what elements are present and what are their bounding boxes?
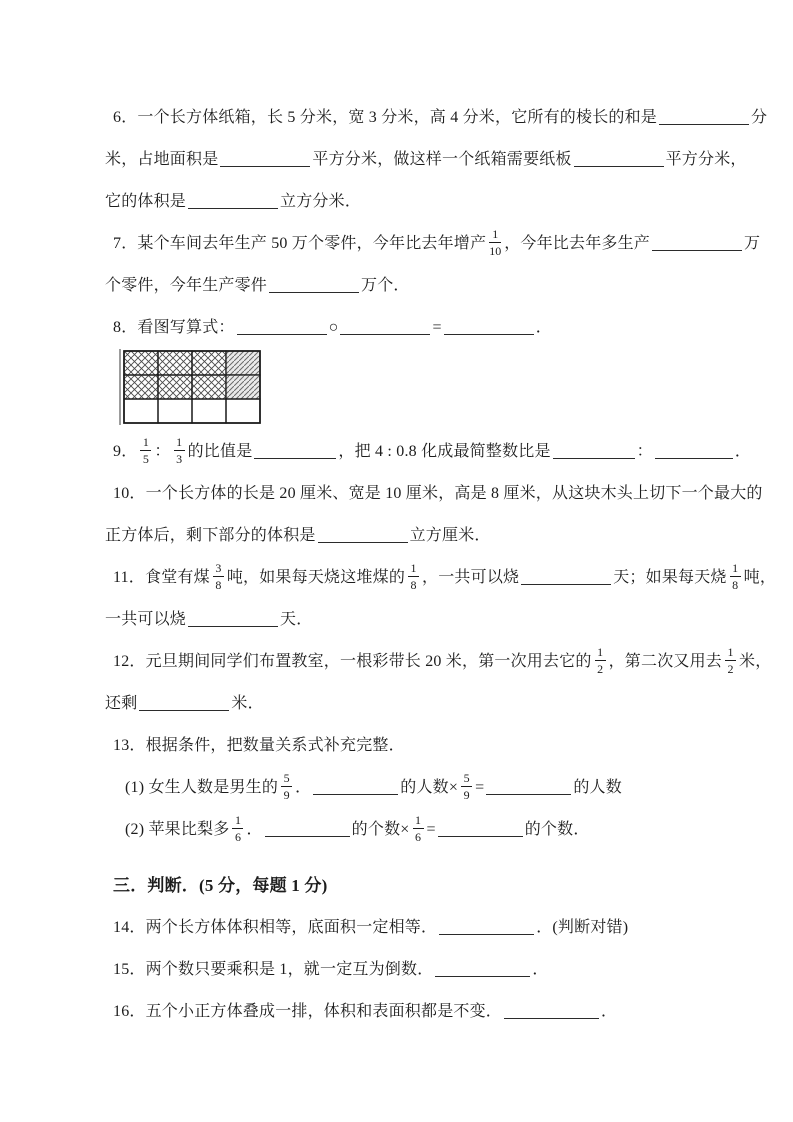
fraction-numerator: 1 bbox=[415, 814, 421, 826]
question-11-line-1: 11．食堂有煤38吨，如果每天烧这堆煤的18，一共可以烧天；如果每天烧18吨， bbox=[105, 557, 723, 599]
text-run: 吨， bbox=[744, 569, 776, 586]
fraction-bar bbox=[595, 660, 606, 661]
text-run: 的比值是 bbox=[188, 443, 253, 460]
text-run: ． bbox=[601, 1003, 617, 1020]
text-run: 正方体后，剩下部分的体积是 bbox=[105, 527, 316, 544]
blank-line bbox=[438, 822, 523, 837]
section-3-heading: 三．判断．(5 分，每题 1 分) bbox=[105, 865, 723, 907]
text-run: 的人数× bbox=[400, 779, 458, 796]
fraction: 18 bbox=[730, 562, 741, 591]
fraction-bar bbox=[413, 828, 424, 829]
text-run: 的人数 bbox=[573, 779, 622, 796]
blank-line bbox=[254, 444, 336, 459]
fraction: 16 bbox=[413, 814, 424, 843]
blank-line bbox=[435, 962, 530, 977]
blank-line bbox=[237, 320, 327, 335]
question-6: 6．一个长方体纸箱，长 5 分米，宽 3 分米，高 4 分米，它所有的棱长的和是… bbox=[105, 97, 723, 223]
question-13-line-2: (1) 女生人数是男生的59．的人数×59=的人数 bbox=[105, 767, 723, 809]
question-13: 13．根据条件，把数量关系式补充完整．(1) 女生人数是男生的59．的人数×59… bbox=[105, 725, 723, 851]
text-run: ． bbox=[735, 443, 751, 460]
text-run: ． bbox=[532, 961, 548, 978]
fraction-numerator: 1 bbox=[732, 562, 738, 574]
text-run: 12．元旦期间同学们布置教室，一根彩带长 20 米，第一次用去它的 bbox=[113, 653, 592, 670]
question-6-line-2: 米，占地面积是平方分米，做这样一个纸箱需要纸板平方分米， bbox=[105, 139, 723, 181]
fraction-denominator: 2 bbox=[728, 663, 734, 675]
text-run: ． bbox=[295, 779, 311, 796]
fraction-numerator: 1 bbox=[597, 646, 603, 658]
fraction-denominator: 6 bbox=[235, 831, 241, 843]
fraction-numerator: 1 bbox=[143, 436, 149, 448]
text-run: ． bbox=[246, 821, 262, 838]
grid-cell bbox=[226, 351, 260, 375]
question-14-line-1: 14．两个长方体体积相等，底面积一定相等．．(判断对错) bbox=[105, 907, 723, 949]
fraction-denominator: 3 bbox=[176, 453, 182, 465]
text-run: 立方厘米． bbox=[410, 527, 491, 544]
fraction: 59 bbox=[461, 772, 472, 801]
text-run: 7．某个车间去年生产 50 万个零件，今年比去年增产 bbox=[113, 235, 486, 252]
fraction-denominator: 9 bbox=[464, 789, 470, 801]
blank-line bbox=[486, 780, 571, 795]
question-15-line-1: 15．两个数只要乘积是 1，就一定互为倒数．． bbox=[105, 949, 723, 991]
question-7-line-1: 7．某个车间去年生产 50 万个零件，今年比去年增产110，今年比去年多生产万 bbox=[105, 223, 723, 265]
question-9-line-1: 9．15：13的比值是，把 4 : 0.8 化成最简整数比是：． bbox=[105, 431, 723, 473]
grid-cell bbox=[192, 399, 226, 423]
blank-line bbox=[504, 1004, 599, 1019]
fraction: 15 bbox=[140, 436, 151, 465]
question-10-line-1: 10．一个长方体的长是 20 厘米、宽是 10 厘米，高是 8 厘米，从这块木头… bbox=[105, 473, 723, 515]
fraction: 16 bbox=[232, 814, 243, 843]
blank-line bbox=[521, 570, 611, 585]
fraction-denominator: 10 bbox=[489, 245, 501, 257]
fraction-numerator: 3 bbox=[215, 562, 221, 574]
text-run: ，把 4 : 0.8 化成最简整数比是 bbox=[338, 443, 550, 460]
text-run: 的个数． bbox=[525, 821, 590, 838]
text-run: 14．两个长方体体积相等，底面积一定相等． bbox=[113, 919, 437, 936]
fraction-bar bbox=[140, 450, 151, 451]
question-7-line-2: 个零件，今年生产零件万个． bbox=[105, 265, 723, 307]
grid-cell bbox=[226, 375, 260, 399]
blank-line bbox=[269, 278, 359, 293]
blank-line bbox=[574, 152, 664, 167]
blank-line bbox=[655, 444, 733, 459]
fraction-denominator: 8 bbox=[732, 579, 738, 591]
grid-cell bbox=[158, 351, 192, 375]
question-15: 15．两个数只要乘积是 1，就一定互为倒数．． bbox=[105, 949, 723, 991]
text-run: 立方分米． bbox=[280, 193, 361, 210]
text-run: 8．看图写算式： bbox=[113, 319, 235, 336]
text-run: 16．五个小正方体叠成一排，体积和表面积都是不变． bbox=[113, 1003, 502, 1020]
blank-line bbox=[444, 320, 534, 335]
question-8-figure bbox=[119, 349, 723, 425]
text-run: 万个． bbox=[361, 277, 410, 294]
fraction-denominator: 2 bbox=[597, 663, 603, 675]
fraction-numerator: 5 bbox=[284, 772, 290, 784]
fraction-numerator: 5 bbox=[464, 772, 470, 784]
section-3-heading-line-1: 三．判断．(5 分，每题 1 分) bbox=[105, 865, 723, 907]
text-run: = bbox=[475, 779, 484, 796]
blank-line bbox=[220, 152, 310, 167]
fraction-numerator: 1 bbox=[492, 228, 498, 240]
grid-cell bbox=[192, 351, 226, 375]
fraction-numerator: 1 bbox=[235, 814, 241, 826]
question-12: 12．元旦期间同学们布置教室，一根彩带长 20 米，第一次用去它的12，第二次又… bbox=[105, 641, 723, 725]
fraction-numerator: 1 bbox=[411, 562, 417, 574]
text-run: 吨，如果每天烧这堆煤的 bbox=[227, 569, 405, 586]
question-8-line-1: 8．看图写算式：○=． bbox=[105, 307, 723, 349]
text-run: (2) 苹果比梨多 bbox=[125, 821, 229, 838]
text-run: = bbox=[432, 319, 441, 336]
blank-line bbox=[652, 236, 742, 251]
fraction: 38 bbox=[213, 562, 224, 591]
blank-line bbox=[439, 920, 534, 935]
fraction-denominator: 8 bbox=[215, 579, 221, 591]
grid-cell bbox=[158, 399, 192, 423]
fraction-bar bbox=[281, 786, 292, 787]
text-run: 个零件，今年生产零件 bbox=[105, 277, 267, 294]
text-run: = bbox=[427, 821, 436, 838]
text-run: 天． bbox=[280, 611, 312, 628]
text-run: ： bbox=[637, 443, 653, 460]
text-run: 11．食堂有煤 bbox=[113, 569, 210, 586]
grid-cell bbox=[124, 399, 158, 423]
fraction: 110 bbox=[489, 228, 501, 257]
blank-line bbox=[340, 320, 430, 335]
fraction-bar bbox=[489, 242, 501, 243]
question-6-line-3: 它的体积是立方分米． bbox=[105, 181, 723, 223]
text-run: ○ bbox=[329, 319, 339, 336]
fraction: 13 bbox=[174, 436, 185, 465]
question-11: 11．食堂有煤38吨，如果每天烧这堆煤的18，一共可以烧天；如果每天烧18吨，一… bbox=[105, 557, 723, 641]
text-run: 三．判断．(5 分，每题 1 分) bbox=[113, 876, 327, 895]
worksheet-page: 6．一个长方体纸箱，长 5 分米，宽 3 分米，高 4 分米，它所有的棱长的和是… bbox=[0, 0, 793, 1033]
text-run: 平方分米，做这样一个纸箱需要纸板 bbox=[312, 151, 571, 168]
question-16-line-1: 16．五个小正方体叠成一排，体积和表面积都是不变．． bbox=[105, 991, 723, 1033]
question-12-line-2: 还剩米． bbox=[105, 683, 723, 725]
text-run: 米，占地面积是 bbox=[105, 151, 218, 168]
question-13-line-1: 13．根据条件，把数量关系式补充完整． bbox=[105, 725, 723, 767]
question-10: 10．一个长方体的长是 20 厘米、宽是 10 厘米，高是 8 厘米，从这块木头… bbox=[105, 473, 723, 557]
text-run: 米． bbox=[231, 695, 263, 712]
text-run: ，一共可以烧 bbox=[422, 569, 519, 586]
fraction-denominator: 6 bbox=[415, 831, 421, 843]
fraction: 18 bbox=[408, 562, 419, 591]
question-11-line-2: 一共可以烧天． bbox=[105, 599, 723, 641]
hatched-grid-figure bbox=[119, 349, 263, 425]
document-content: 6．一个长方体纸箱，长 5 分米，宽 3 分米，高 4 分米，它所有的棱长的和是… bbox=[105, 97, 723, 1033]
text-run: 平方分米， bbox=[666, 151, 747, 168]
text-run: 9． bbox=[113, 443, 137, 460]
fraction-denominator: 9 bbox=[284, 789, 290, 801]
question-10-line-2: 正方体后，剩下部分的体积是立方厘米． bbox=[105, 515, 723, 557]
text-run: (1) 女生人数是男生的 bbox=[125, 779, 278, 796]
text-run: ．(判断对错) bbox=[536, 919, 628, 936]
blank-line bbox=[188, 194, 278, 209]
fraction: 59 bbox=[281, 772, 292, 801]
fraction-denominator: 5 bbox=[143, 453, 149, 465]
fraction-bar bbox=[461, 786, 472, 787]
text-run: ： bbox=[154, 443, 170, 460]
text-run: 米， bbox=[739, 653, 771, 670]
text-run: 一共可以烧 bbox=[105, 611, 186, 628]
grid-cell bbox=[158, 375, 192, 399]
blank-line bbox=[659, 110, 749, 125]
blank-line bbox=[318, 528, 408, 543]
text-run: 天；如果每天烧 bbox=[613, 569, 726, 586]
fraction: 12 bbox=[725, 646, 736, 675]
text-run: ，今年比去年多生产 bbox=[504, 235, 650, 252]
grid-cell bbox=[124, 351, 158, 375]
question-16: 16．五个小正方体叠成一排，体积和表面积都是不变．． bbox=[105, 991, 723, 1033]
fraction-bar bbox=[730, 576, 741, 577]
fraction-numerator: 1 bbox=[176, 436, 182, 448]
blank-line bbox=[139, 696, 229, 711]
text-run: 它的体积是 bbox=[105, 193, 186, 210]
fraction-bar bbox=[213, 576, 224, 577]
question-12-line-1: 12．元旦期间同学们布置教室，一根彩带长 20 米，第一次用去它的12，第二次又… bbox=[105, 641, 723, 683]
question-14: 14．两个长方体体积相等，底面积一定相等．．(判断对错) bbox=[105, 907, 723, 949]
text-run: 还剩 bbox=[105, 695, 137, 712]
question-9: 9．15：13的比值是，把 4 : 0.8 化成最简整数比是：． bbox=[105, 431, 723, 473]
question-6-line-1: 6．一个长方体纸箱，长 5 分米，宽 3 分米，高 4 分米，它所有的棱长的和是… bbox=[105, 97, 723, 139]
text-run: 6．一个长方体纸箱，长 5 分米，宽 3 分米，高 4 分米，它所有的棱长的和是 bbox=[113, 109, 657, 126]
grid-cell bbox=[226, 399, 260, 423]
fraction-bar bbox=[232, 828, 243, 829]
fraction-denominator: 8 bbox=[411, 579, 417, 591]
fraction-bar bbox=[174, 450, 185, 451]
text-run: ，第二次又用去 bbox=[609, 653, 722, 670]
text-run: 13．根据条件，把数量关系式补充完整． bbox=[113, 737, 405, 754]
text-run: 15．两个数只要乘积是 1，就一定互为倒数． bbox=[113, 961, 433, 978]
grid-cell bbox=[192, 375, 226, 399]
blank-line bbox=[313, 780, 398, 795]
question-7: 7．某个车间去年生产 50 万个零件，今年比去年增产110，今年比去年多生产万个… bbox=[105, 223, 723, 307]
question-8: 8．看图写算式：○=． bbox=[105, 307, 723, 349]
blank-line bbox=[265, 822, 350, 837]
text-run: 的个数× bbox=[352, 821, 410, 838]
text-run: 万 bbox=[744, 235, 760, 252]
blank-line bbox=[553, 444, 635, 459]
blank-line bbox=[188, 612, 278, 627]
question-13-line-3: (2) 苹果比梨多16．的个数×16=的个数． bbox=[105, 809, 723, 851]
fraction: 12 bbox=[595, 646, 606, 675]
text-run: 分 bbox=[751, 109, 767, 126]
text-run: 10．一个长方体的长是 20 厘米、宽是 10 厘米，高是 8 厘米，从这块木头… bbox=[113, 485, 763, 502]
fraction-bar bbox=[725, 660, 736, 661]
fraction-bar bbox=[408, 576, 419, 577]
fraction-numerator: 1 bbox=[728, 646, 734, 658]
text-run: ． bbox=[536, 319, 552, 336]
grid-cell bbox=[124, 375, 158, 399]
